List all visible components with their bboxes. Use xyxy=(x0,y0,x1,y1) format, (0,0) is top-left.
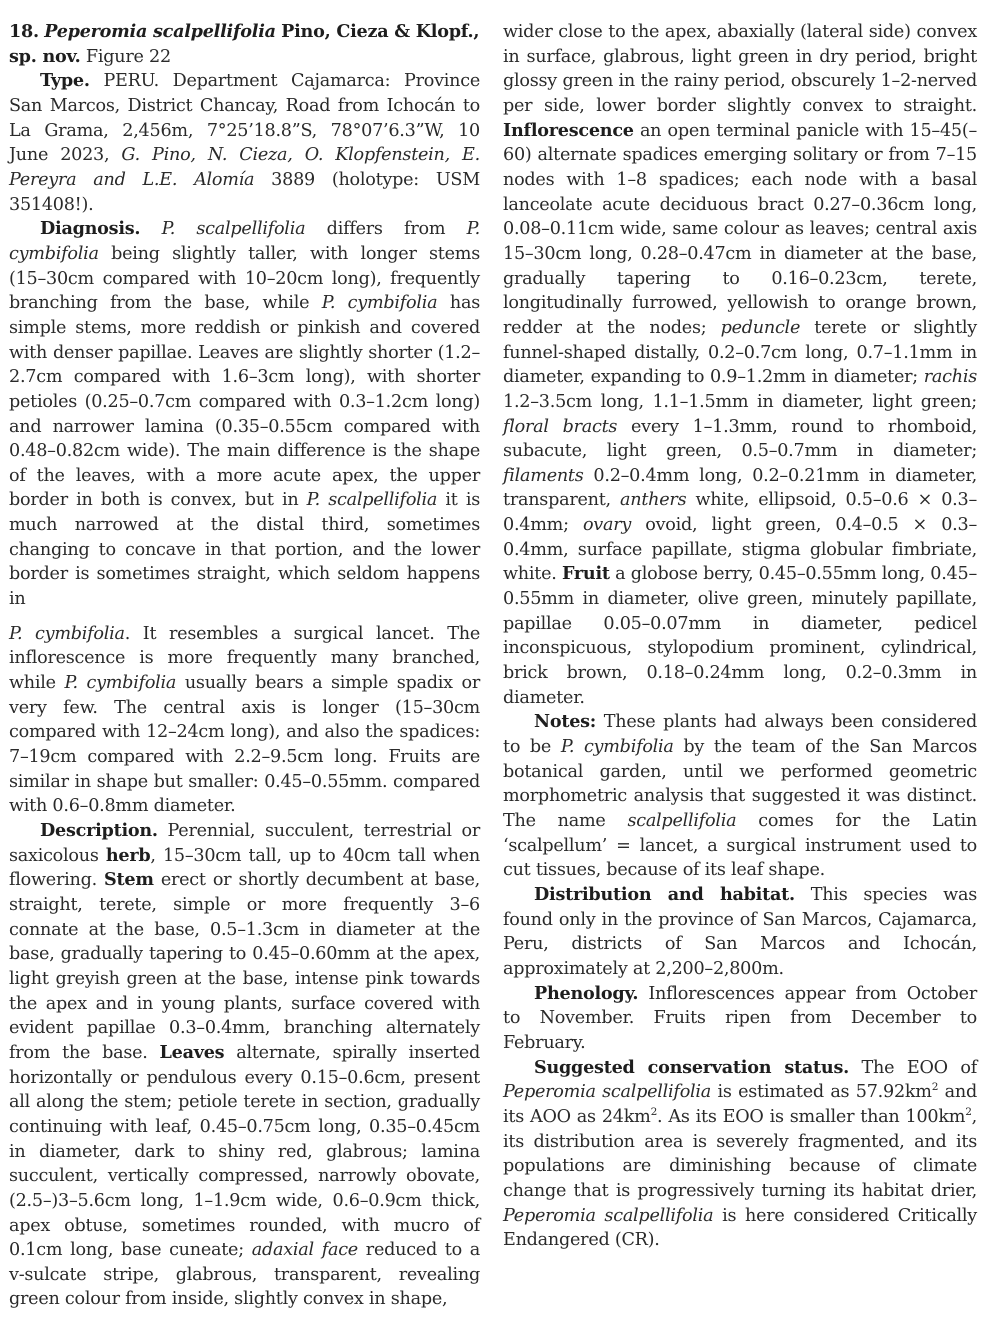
type-paragraph: Type. PERU. Department Cajamarca: Provin… xyxy=(9,69,480,217)
distribution-label: Distribution and habitat. xyxy=(534,884,795,905)
phenology-label: Phenology. xyxy=(534,983,638,1004)
species-authors: Pino, Cieza & Klopf., xyxy=(281,21,479,42)
paper-page: 18. Peperomia scalpellifolia Pino, Cieza… xyxy=(0,0,985,1327)
description-label: Description. xyxy=(40,820,158,841)
description-continued: wider close to the apex, abaxially (late… xyxy=(503,20,977,710)
conservation-paragraph: Suggested conservation status. The EOO o… xyxy=(503,1056,977,1253)
phenology-paragraph: Phenology. Inflorescences appear from Oc… xyxy=(503,982,977,1056)
description-paragraph: Description. Perennial, succulent, terre… xyxy=(9,819,480,1312)
species-status: sp. nov. xyxy=(9,46,81,67)
diagnosis-continued: P. cymbifolia. It resembles a surgical l… xyxy=(9,622,480,819)
notes-paragraph: Notes: These plants had always been cons… xyxy=(503,710,977,883)
species-number: 18. xyxy=(9,21,39,42)
conservation-label: Suggested conservation status. xyxy=(534,1057,849,1078)
species-name: Peperomia scalpellifolia xyxy=(44,21,276,42)
species-heading: 18. Peperomia scalpellifolia Pino, Cieza… xyxy=(9,20,480,69)
diagnosis-label: Diagnosis. xyxy=(40,218,140,239)
notes-label: Notes: xyxy=(534,711,596,732)
left-column: 18. Peperomia scalpellifolia Pino, Cieza… xyxy=(9,20,480,1312)
type-label: Type. xyxy=(40,70,90,91)
diagnosis-paragraph: Diagnosis. P. scalpellifolia differs fro… xyxy=(9,217,480,612)
figure-reference[interactable]: Figure 22 xyxy=(86,47,171,67)
right-column: wider close to the apex, abaxially (late… xyxy=(503,20,977,1253)
distribution-paragraph: Distribution and habitat. This species w… xyxy=(503,883,977,982)
